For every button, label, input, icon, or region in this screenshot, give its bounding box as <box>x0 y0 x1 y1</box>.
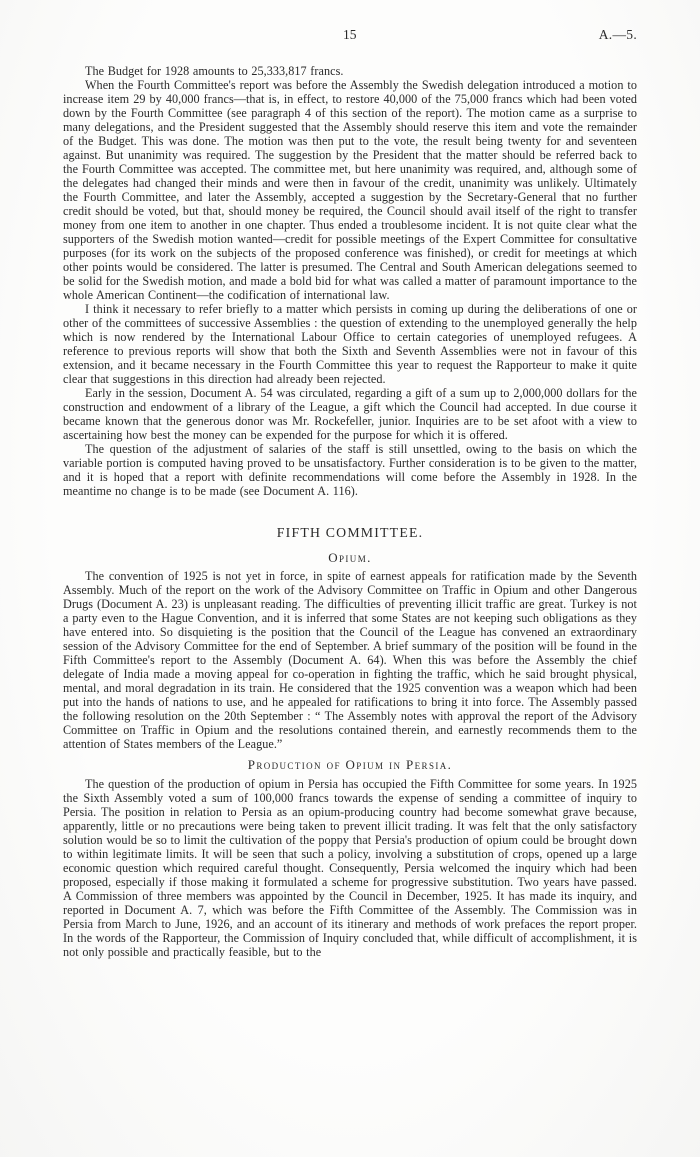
paragraph-budget: The Budget for 1928 amounts to 25,333,81… <box>63 64 637 78</box>
paragraph-persia-production: The question of the production of opium … <box>63 777 637 959</box>
document-page: 15 A.—5. The Budget for 1928 amounts to … <box>0 0 700 1157</box>
paragraph-opium-convention: The convention of 1925 is not yet in for… <box>63 569 637 751</box>
page-header: 15 A.—5. <box>63 26 637 43</box>
paragraph-staff-salaries: The question of the adjustment of salari… <box>63 442 637 498</box>
doc-reference: A.—5. <box>599 26 637 43</box>
paragraph-swedish-motion: When the Fourth Committee's report was b… <box>63 78 637 302</box>
subsection-heading-opium: Opium. <box>63 550 637 565</box>
page-number: 15 <box>343 26 357 43</box>
document-body: The Budget for 1928 amounts to 25,333,81… <box>63 64 637 959</box>
paragraph-unemployed-refugees: I think it necessary to refer briefly to… <box>63 302 637 386</box>
section-heading-fifth-committee: FIFTH COMMITTEE. <box>63 525 637 541</box>
paragraph-library-gift: Early in the session, Document A. 54 was… <box>63 386 637 442</box>
subsection-heading-production-opium-persia: Production of Opium in Persia. <box>63 757 637 772</box>
